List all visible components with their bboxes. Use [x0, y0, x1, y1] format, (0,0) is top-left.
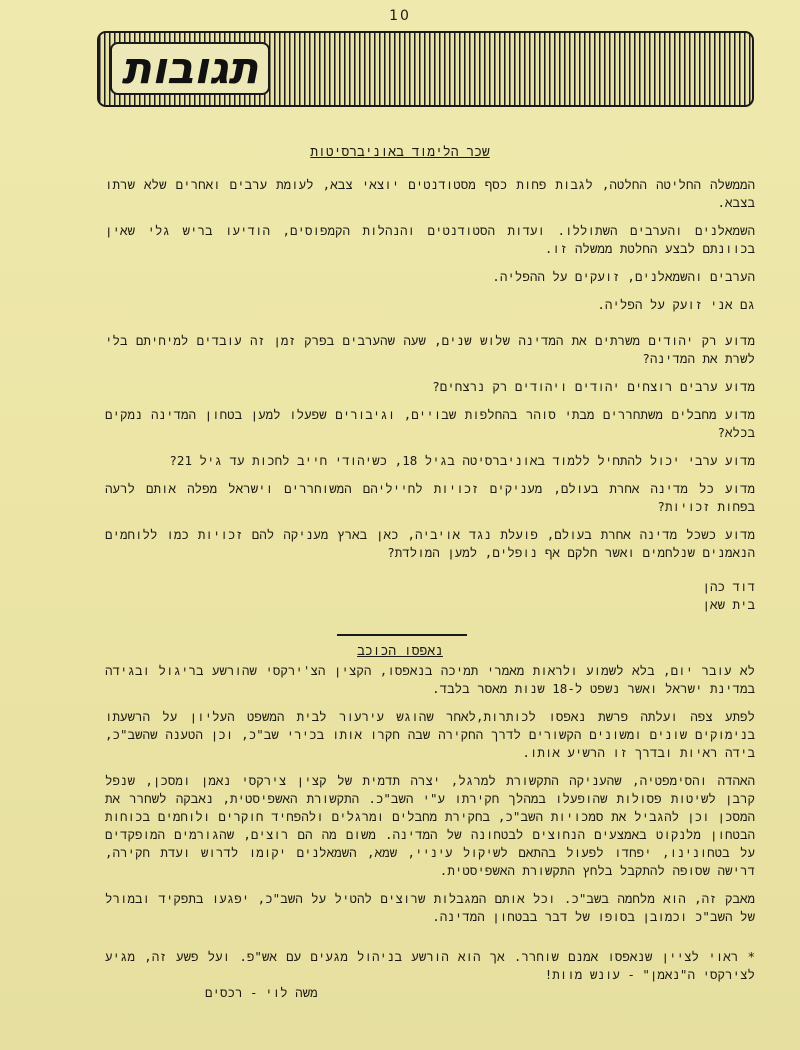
- article-2-author: משה לוי - רכסים: [105, 984, 755, 1002]
- article-1-paragraph: מדוע רק יהודים משרתים את המדינה שלוש שני…: [105, 332, 755, 368]
- article-1-title: שכר הלימוד באוניברסיטות: [0, 145, 800, 160]
- article-1-paragraph: מדוע ערבי יכול להתחיל ללמוד באוניברסיטה …: [105, 452, 755, 470]
- article-2-paragraph: האהדה והסימפטיה, שהעניקה התקשורת למרגל, …: [105, 772, 755, 880]
- section-banner: תגובות: [97, 31, 754, 107]
- article-2-paragraph: לפתע צפה ועלתה פרשת נאפסו לכותרות,לאחר ש…: [105, 708, 755, 762]
- article-1-paragraph: גם אני זועק על הפליה.: [105, 296, 755, 314]
- article-1-location: בית שאן: [105, 596, 755, 614]
- article-2-paragraph: מאבק זה, הוא מלחמה בשב"כ. וכל אותם המגבל…: [105, 890, 755, 926]
- article-1-paragraph: הממשלה החליטה החלטה, לגבות פחות כסף מסטו…: [105, 176, 755, 212]
- article-2-heading: נאפסו הכוכב: [0, 634, 800, 659]
- article-1-author: דוד כהן: [105, 578, 755, 596]
- section-banner-title: תגובות: [110, 42, 270, 95]
- article-1-paragraph: מדוע ערבים רוצחים יהודים ויהודים רק נרצח…: [105, 378, 755, 396]
- article-1-paragraph: הערבים והשמאלנים, זועקים על ההפליה.: [105, 268, 755, 286]
- page-number: 10: [0, 8, 800, 24]
- article-2-footnote: * ראוי לציין שנאפסו אמנם שוחרר. אך הוא ה…: [105, 948, 755, 984]
- heading-rule: [337, 634, 467, 636]
- article-1-paragraph: מדוע כשכל מדינה אחרת בעולם, פועלת נגד או…: [105, 526, 755, 562]
- article-1-paragraph: מדוע מחבלים משתחררים מבתי סוהר בהחלפות ש…: [105, 406, 755, 442]
- article-1-paragraph: השמאלנים והערבים השתוללו. ועדות הסטודנטי…: [105, 222, 755, 258]
- article-2-paragraph: לא עובר יום, בלא לשמוע ולראות מאמרי תמיכ…: [105, 662, 755, 698]
- article-1-body: הממשלה החליטה החלטה, לגבות פחות כסף מסטו…: [105, 176, 755, 614]
- article-2-body: לא עובר יום, בלא לשמוע ולראות מאמרי תמיכ…: [105, 662, 755, 1002]
- article-2-title: נאפסו הכוכב: [357, 644, 443, 659]
- article-1-paragraph: מדוע כל מדינה אחרת בעולם, מעניקים זכויות…: [105, 480, 755, 516]
